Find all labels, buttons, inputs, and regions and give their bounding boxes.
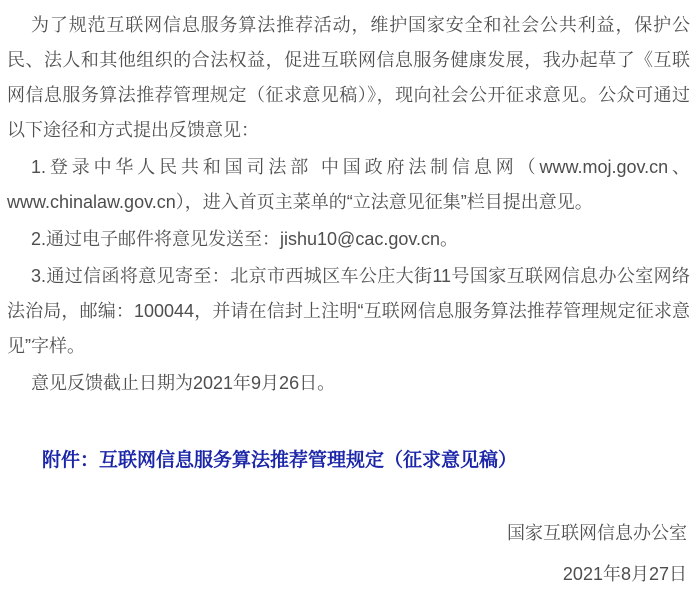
- paragraph-intro: 为了规范互联网信息服务算法推荐活动，维护国家安全和社会公共利益，保护公民、法人和…: [7, 8, 690, 148]
- attachment-link[interactable]: 互联网信息服务算法推荐管理规定（征求意见稿）: [99, 450, 517, 471]
- issuer-signature: 国家互联网信息办公室: [7, 516, 690, 551]
- paragraph-method-3-mail: 3.通过信函将意见寄至：北京市西城区车公庄大街11号国家互联网信息办公室网络法治…: [7, 259, 690, 364]
- issue-date: 2021年8月27日: [7, 557, 690, 592]
- notice-document: 为了规范互联网信息服务算法推荐活动，维护国家安全和社会公共利益，保护公民、法人和…: [0, 0, 700, 592]
- paragraph-method-2-email: 2.通过电子邮件将意见发送至：jishu10@cac.gov.cn。: [7, 222, 690, 257]
- attachment-line: 附件：互联网信息服务算法推荐管理规定（征求意见稿）: [7, 443, 690, 478]
- paragraph-method-1-website: 1.登录中华人民共和国司法部 中国政府法制信息网（www.moj.gov.cn、…: [7, 150, 690, 220]
- attachment-label: 附件：: [42, 450, 99, 471]
- paragraph-deadline: 意见反馈截止日期为2021年9月26日。: [7, 366, 690, 401]
